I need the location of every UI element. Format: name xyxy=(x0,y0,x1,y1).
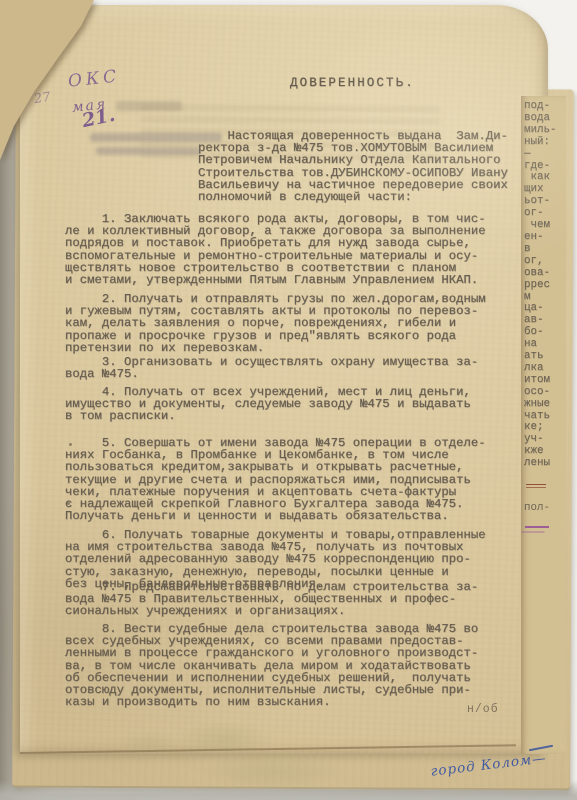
faded-pencil-mark xyxy=(116,101,182,111)
margin-fragment: ррес xyxy=(524,280,556,292)
ink-speck xyxy=(67,502,70,505)
margin-fragment: пол- xyxy=(524,502,550,514)
document-paragraph-7: 7. Представительствовать по делам строит… xyxy=(65,581,478,618)
margin-fragment: — xyxy=(524,149,556,161)
document-paragraph-2: 2. Получать и отправлять грузы по жел.до… xyxy=(65,293,486,354)
document-paragraph-3: 3. Организовать и осуществлять охрану им… xyxy=(65,356,478,380)
margin-fragment: осо- xyxy=(524,387,556,399)
margin-underline xyxy=(525,526,549,528)
margin-fragment: ог, xyxy=(524,256,556,268)
adjacent-page-strip: под-водамиль-ный:—где- какщихьот-ог- чем… xyxy=(521,96,566,754)
document-paragraph-4: 4. Получать от всех учреждений, мест и л… xyxy=(65,386,471,423)
document-paragraph-5: 5. Совершать от имени завода №475 операц… xyxy=(65,437,486,522)
document-title: ДОВЕРЕННОСТЬ. xyxy=(290,77,415,89)
ink-speck xyxy=(69,443,72,446)
handwritten-city-note: город Колом— xyxy=(430,750,548,779)
document-paragraph-8: 8. Вести судебные дела строительства зав… xyxy=(65,623,478,708)
margin-fragment: миль- xyxy=(524,125,556,137)
margin-fragment: ный: xyxy=(524,137,556,149)
margin-fragments: под-водамиль-ный:—где- какщихьот-ог- чем… xyxy=(524,101,556,470)
margin-fragment: жные xyxy=(524,399,556,411)
scanned-document-photo: город Колом— ДОВЕРЕННОСТЬ. Настоящая дов… xyxy=(0,0,577,800)
margin-fragment: в xyxy=(524,244,556,256)
intro-paragraph: Настоящая доверенность выдана Зам.Ди- ре… xyxy=(198,130,508,203)
margin-fragment: ова- xyxy=(524,268,556,280)
document-paragraph-1: 1. Заключать всякого рода акты, договоры… xyxy=(65,213,486,286)
margin-divider-line xyxy=(526,484,546,488)
folder-corner xyxy=(0,0,120,190)
reverse-side-mark: н/об xyxy=(467,703,499,716)
margin-fragment: лены xyxy=(524,458,556,470)
margin-fragment: итом xyxy=(524,375,556,387)
